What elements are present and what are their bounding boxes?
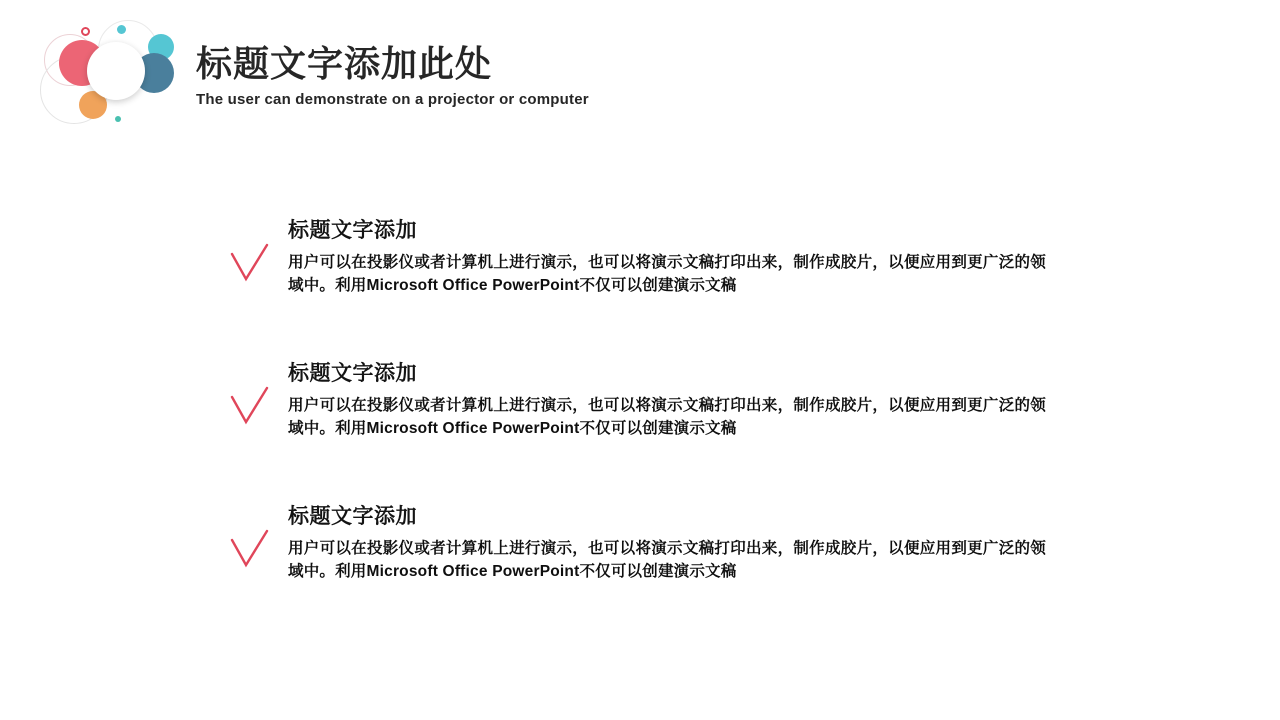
slide-logo xyxy=(36,8,196,140)
section-text-block: 标题文字添加 用户可以在投影仪或者计算机上进行演示，也可以将演示文稿打印出来，制… xyxy=(288,218,1046,297)
section-body: 用户可以在投影仪或者计算机上进行演示，也可以将演示文稿打印出来，制作成胶片，以便… xyxy=(288,394,1046,440)
header: 标题文字添加此处 The user can demonstrate on a p… xyxy=(196,44,589,108)
section-text-block: 标题文字添加 用户可以在投影仪或者计算机上进行演示，也可以将演示文稿打印出来，制… xyxy=(288,361,1046,440)
section-heading: 标题文字添加 xyxy=(288,218,1046,244)
logo-white-circle xyxy=(87,42,145,100)
section-body: 用户可以在投影仪或者计算机上进行演示，也可以将演示文稿打印出来，制作成胶片，以便… xyxy=(288,537,1046,583)
logo-teal-dot xyxy=(115,116,121,122)
check-icon xyxy=(227,528,271,570)
logo-red-ring-dot xyxy=(81,27,90,36)
check-icon xyxy=(227,242,271,284)
section-text-block: 标题文字添加 用户可以在投影仪或者计算机上进行演示，也可以将演示文稿打印出来，制… xyxy=(288,504,1046,583)
page-subtitle: The user can demonstrate on a projector … xyxy=(196,91,589,108)
page-title: 标题文字添加此处 xyxy=(196,44,589,84)
section-heading: 标题文字添加 xyxy=(288,504,1046,530)
section-heading: 标题文字添加 xyxy=(288,361,1046,387)
check-icon xyxy=(227,385,271,427)
section-body: 用户可以在投影仪或者计算机上进行演示，也可以将演示文稿打印出来，制作成胶片，以便… xyxy=(288,251,1046,297)
logo-teal-dot xyxy=(117,25,126,34)
